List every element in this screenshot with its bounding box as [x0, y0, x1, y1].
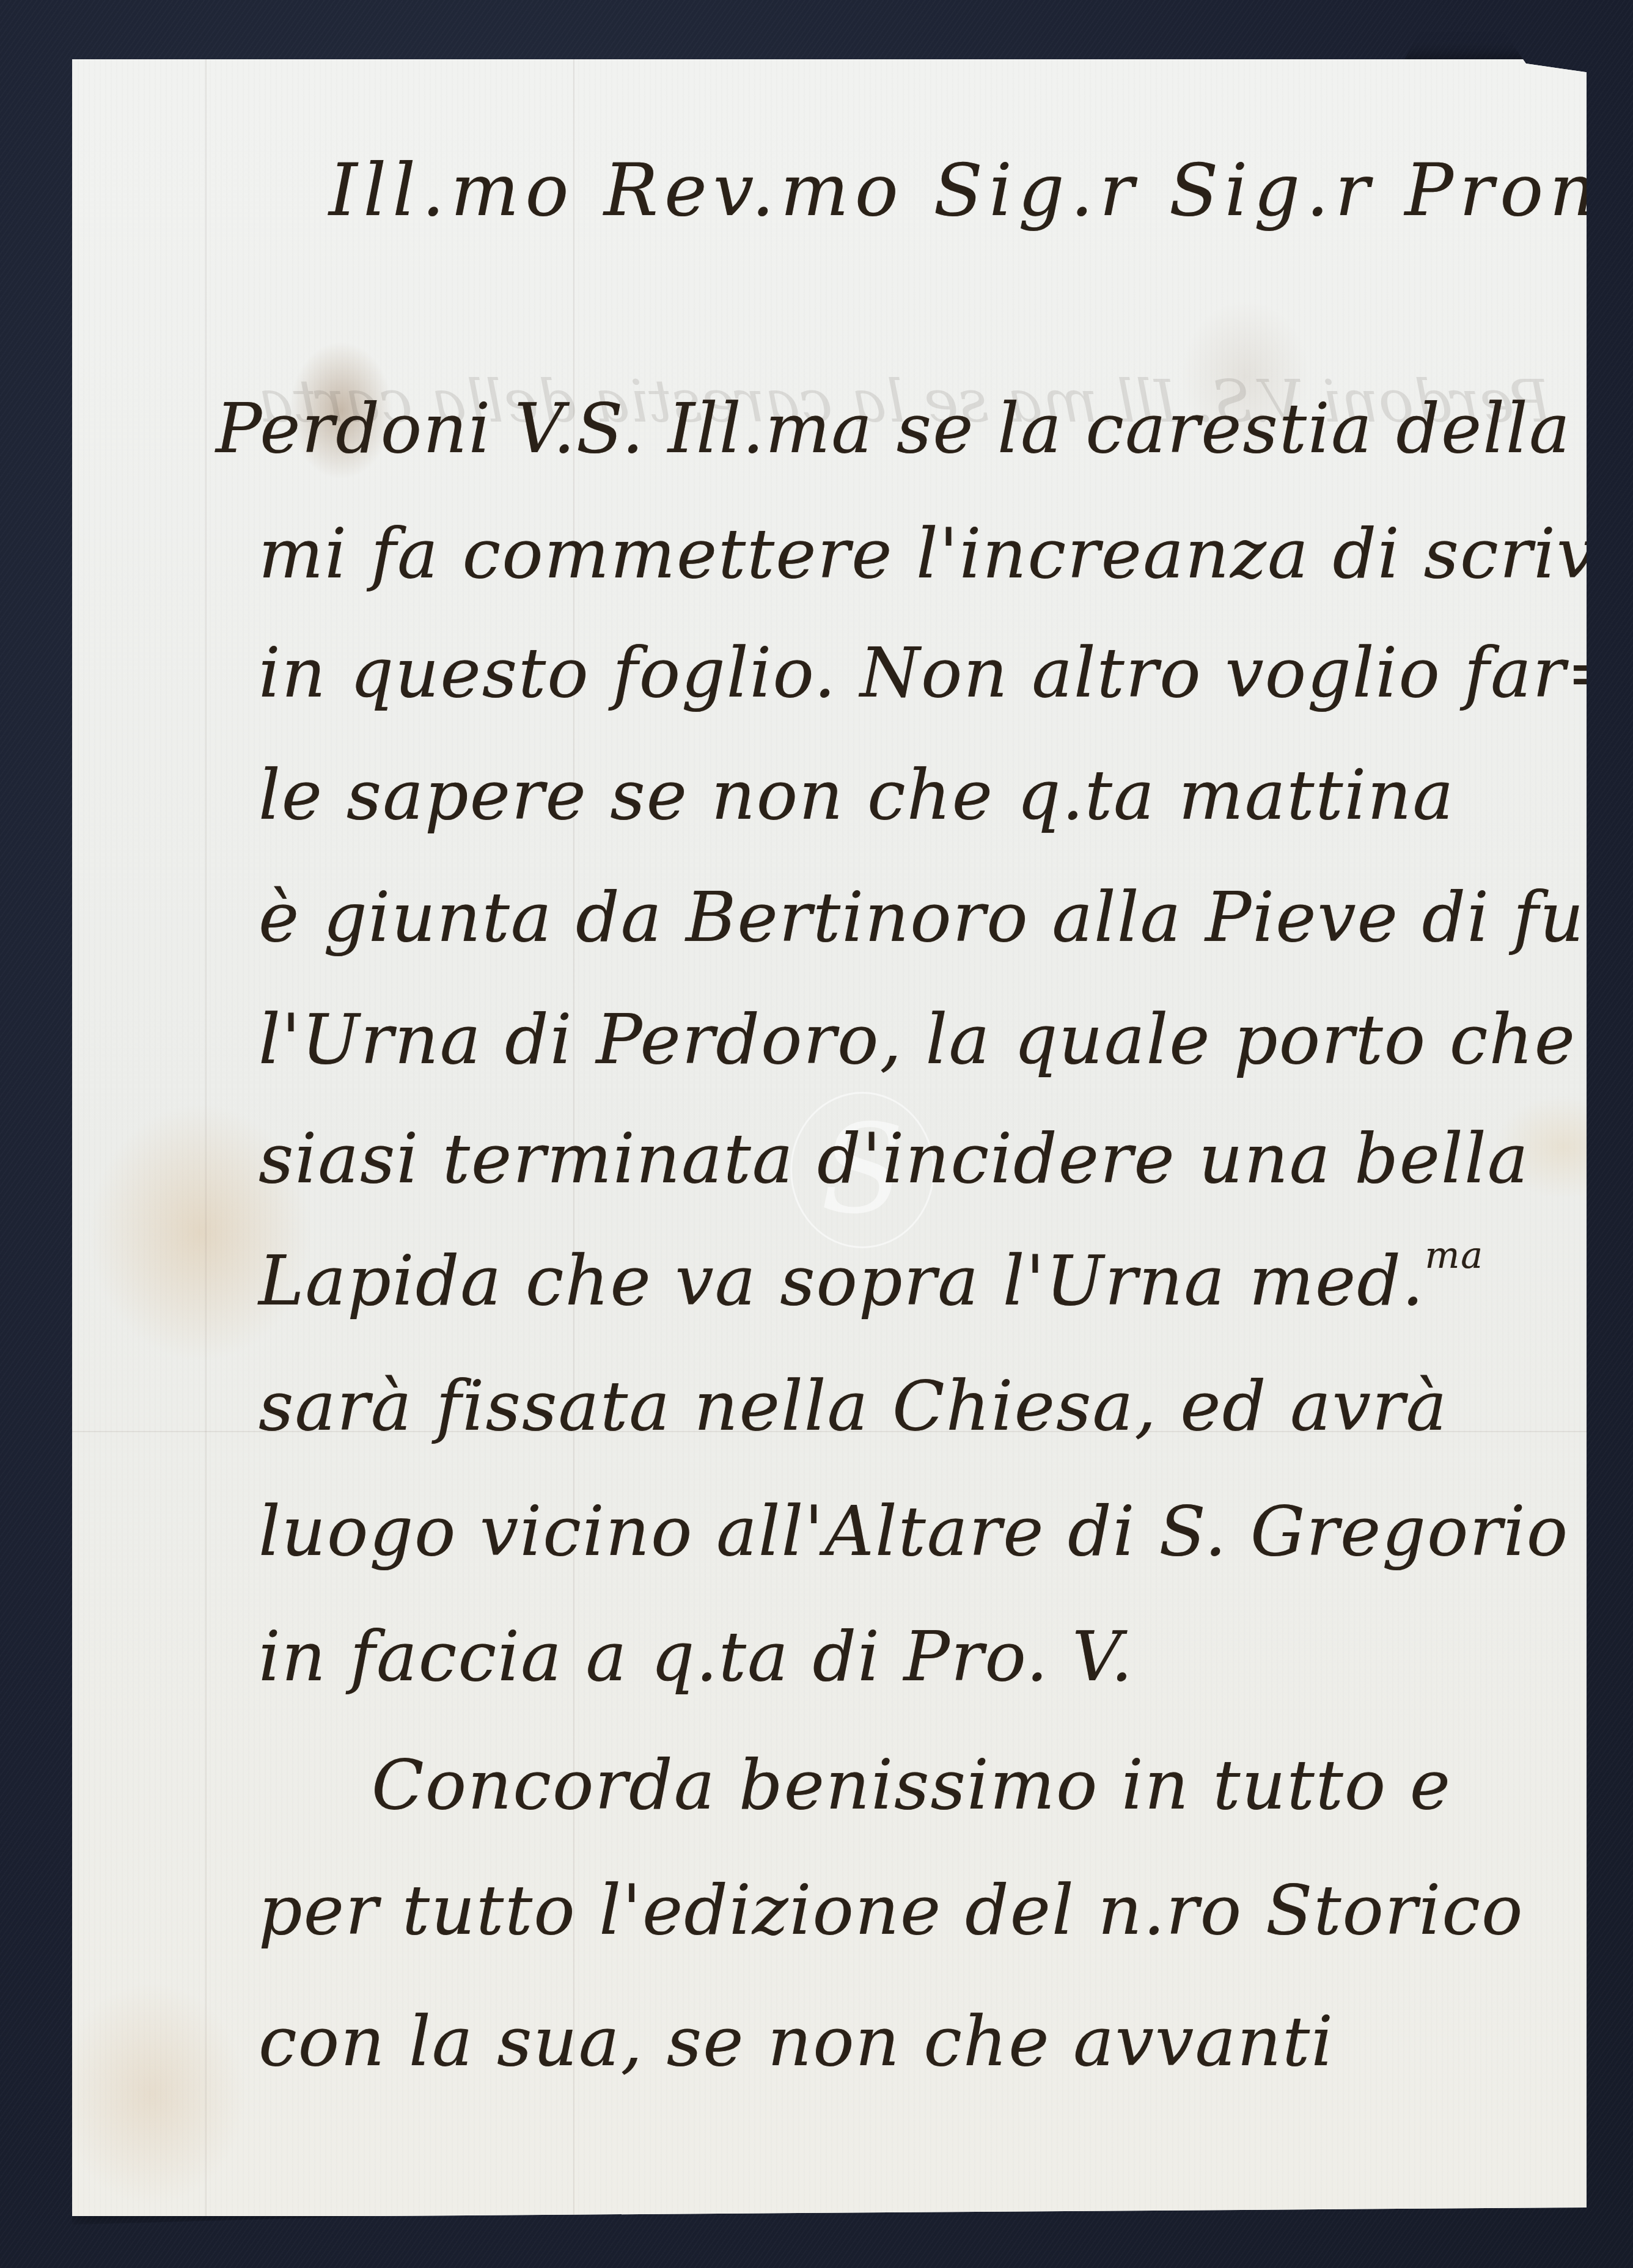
superscript-abbrev: ma [1425, 1234, 1484, 1277]
text-line-9: sarà fissata nella Chiesa, ed avrà [259, 1367, 1448, 1446]
text-line-11: in faccia a q.ta di Pro. V. [259, 1617, 1134, 1697]
text-line-12: Concorda benissimo in tutto e [372, 1746, 1451, 1825]
salutation-line: Ill.mo Rev.mo Sig.r Sig.r Pron. Col.mo [329, 148, 1633, 232]
text-line-10: luogo vicino all'Altare di S. Gregorio [259, 1492, 1569, 1571]
text-line-4: le sapere se non che q.ta mattina [259, 756, 1455, 835]
fold-crease [205, 59, 207, 2216]
text-line-8-main: Lapida che va sopra l'Urna med. [259, 1242, 1425, 1321]
text-line-2: mi fa commettere l'increanza di scrivere [259, 514, 1633, 594]
text-line-6: l'Urna di Perdoro, la quale porto che [259, 1000, 1576, 1080]
text-line-14: con la sua, se non che avvanti [259, 2002, 1334, 2082]
text-line-8: Lapida che va sopra l'Urna med.ma [259, 1242, 1484, 1321]
text-line-13: per tutto l'edizione del n.ro Storico [259, 1871, 1524, 1950]
text-line-3: in questo foglio. Non altro voglio far= [259, 634, 1625, 713]
text-line-1: Perdoni V.S. Ill.ma se la carestia della… [216, 389, 1633, 469]
manuscript-page: Perdoni V.S. Ill.ma se la carestia della… [72, 59, 1587, 2216]
text-line-7: siasi terminata d'incidere una bella [259, 1119, 1530, 1199]
text-line-5: è giunta da Bertinoro alla Pieve di fuor… [259, 878, 1633, 957]
